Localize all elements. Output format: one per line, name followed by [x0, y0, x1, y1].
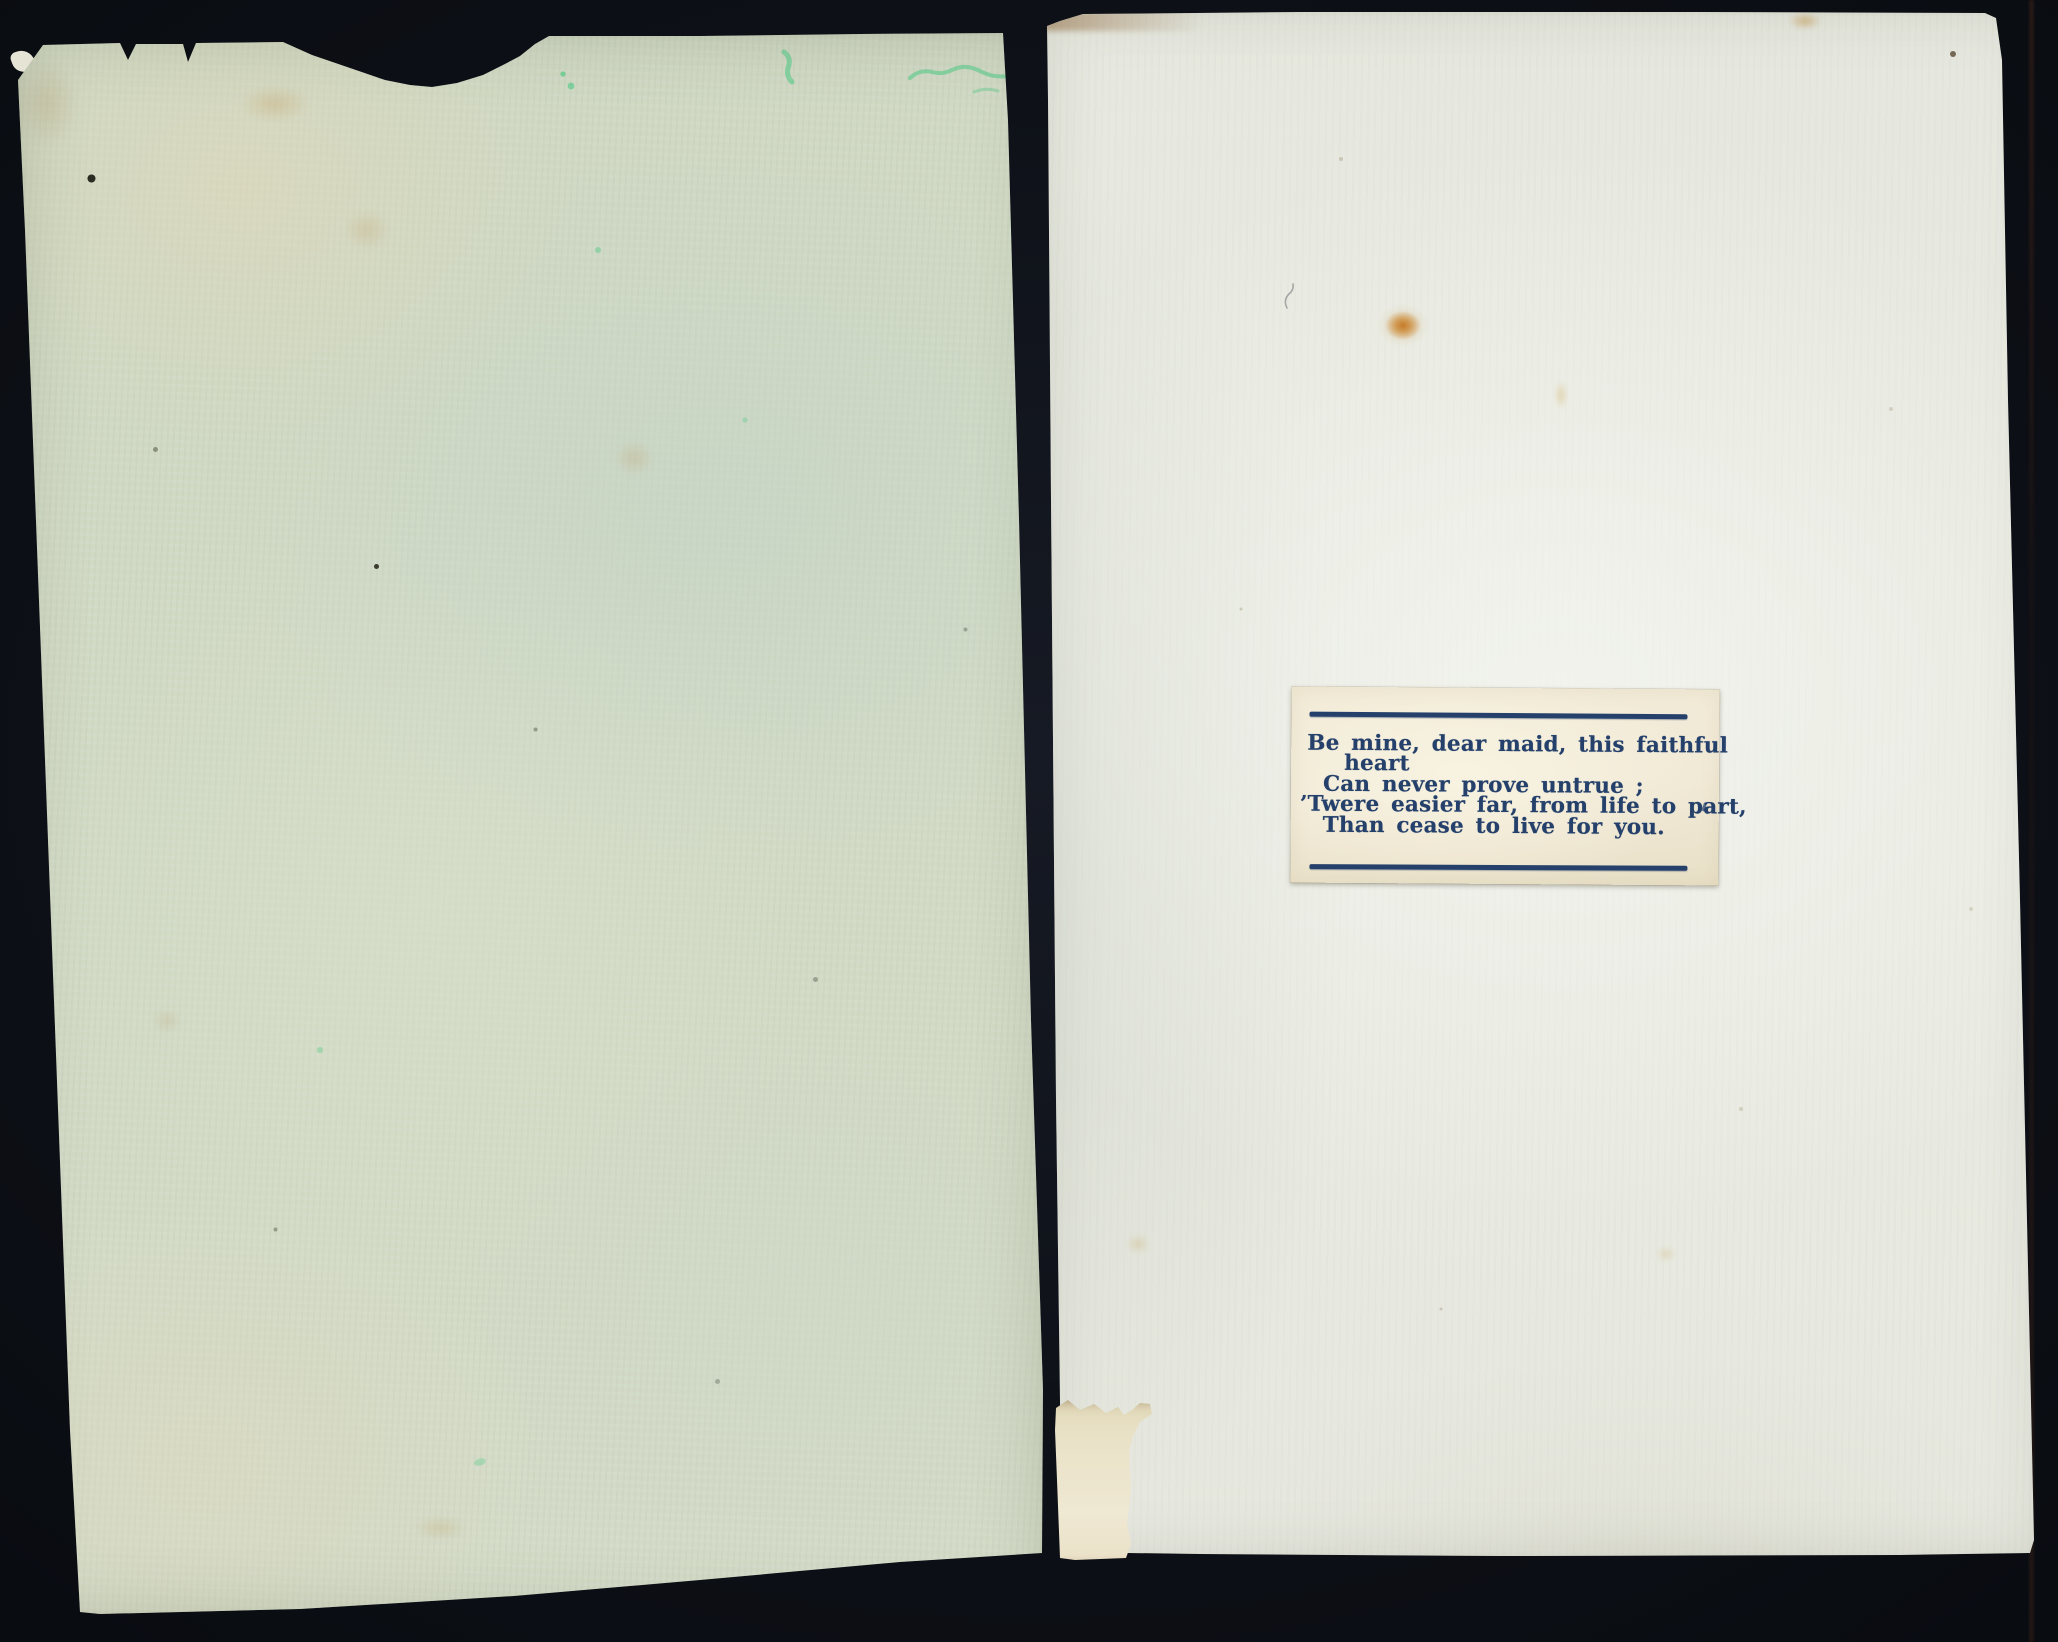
green-crayon-wave	[910, 67, 1008, 78]
green-crayon-stroke	[974, 89, 998, 92]
ink-specks	[14, 28, 17, 31]
pasted-verse-label: Be mine, dear maid, this faithful heart …	[1290, 687, 1719, 886]
green-crayon-dot	[317, 1047, 323, 1053]
foxing-spot	[1788, 12, 1822, 30]
label-top-rule	[1309, 712, 1687, 720]
green-crayon-dot	[568, 83, 575, 90]
paper-freckles	[1040, 8, 1042, 10]
right-page: Be mine, dear maid, this faithful heart …	[1040, 8, 2044, 1562]
left-page-edge-shading	[14, 28, 1050, 1622]
foxing-spot	[414, 1516, 466, 1540]
scan-background: Be mine, dear maid, this faithful heart …	[0, 0, 2058, 1642]
green-crayon-dot	[560, 71, 565, 76]
verse-line-5: Than cease to live for you.	[1291, 815, 1719, 838]
verse-text: Be mine, dear maid, this faithful heart …	[1291, 734, 1720, 839]
foxing-spot	[152, 1008, 182, 1034]
left-page	[14, 28, 1050, 1622]
singe-mark	[1044, 11, 1204, 31]
green-crayon-dot	[742, 417, 747, 422]
orange-stain	[1385, 311, 1421, 340]
foxing-spot	[344, 210, 390, 250]
foxing-spot	[1656, 1246, 1676, 1262]
label-bottom-rule	[1309, 864, 1687, 871]
green-crayon-smudge	[473, 1457, 486, 1467]
green-crayon-blotch	[784, 52, 792, 82]
foxing-smudge	[1554, 380, 1568, 410]
foxing-spot	[614, 440, 654, 476]
crayon-marks-layer	[14, 28, 1050, 1622]
green-crayon-dot	[595, 247, 601, 253]
brown-speck	[1950, 51, 1956, 57]
pencil-squiggle	[1285, 284, 1293, 308]
foxing-spot	[240, 86, 310, 122]
foxing-spot	[1126, 1234, 1150, 1254]
